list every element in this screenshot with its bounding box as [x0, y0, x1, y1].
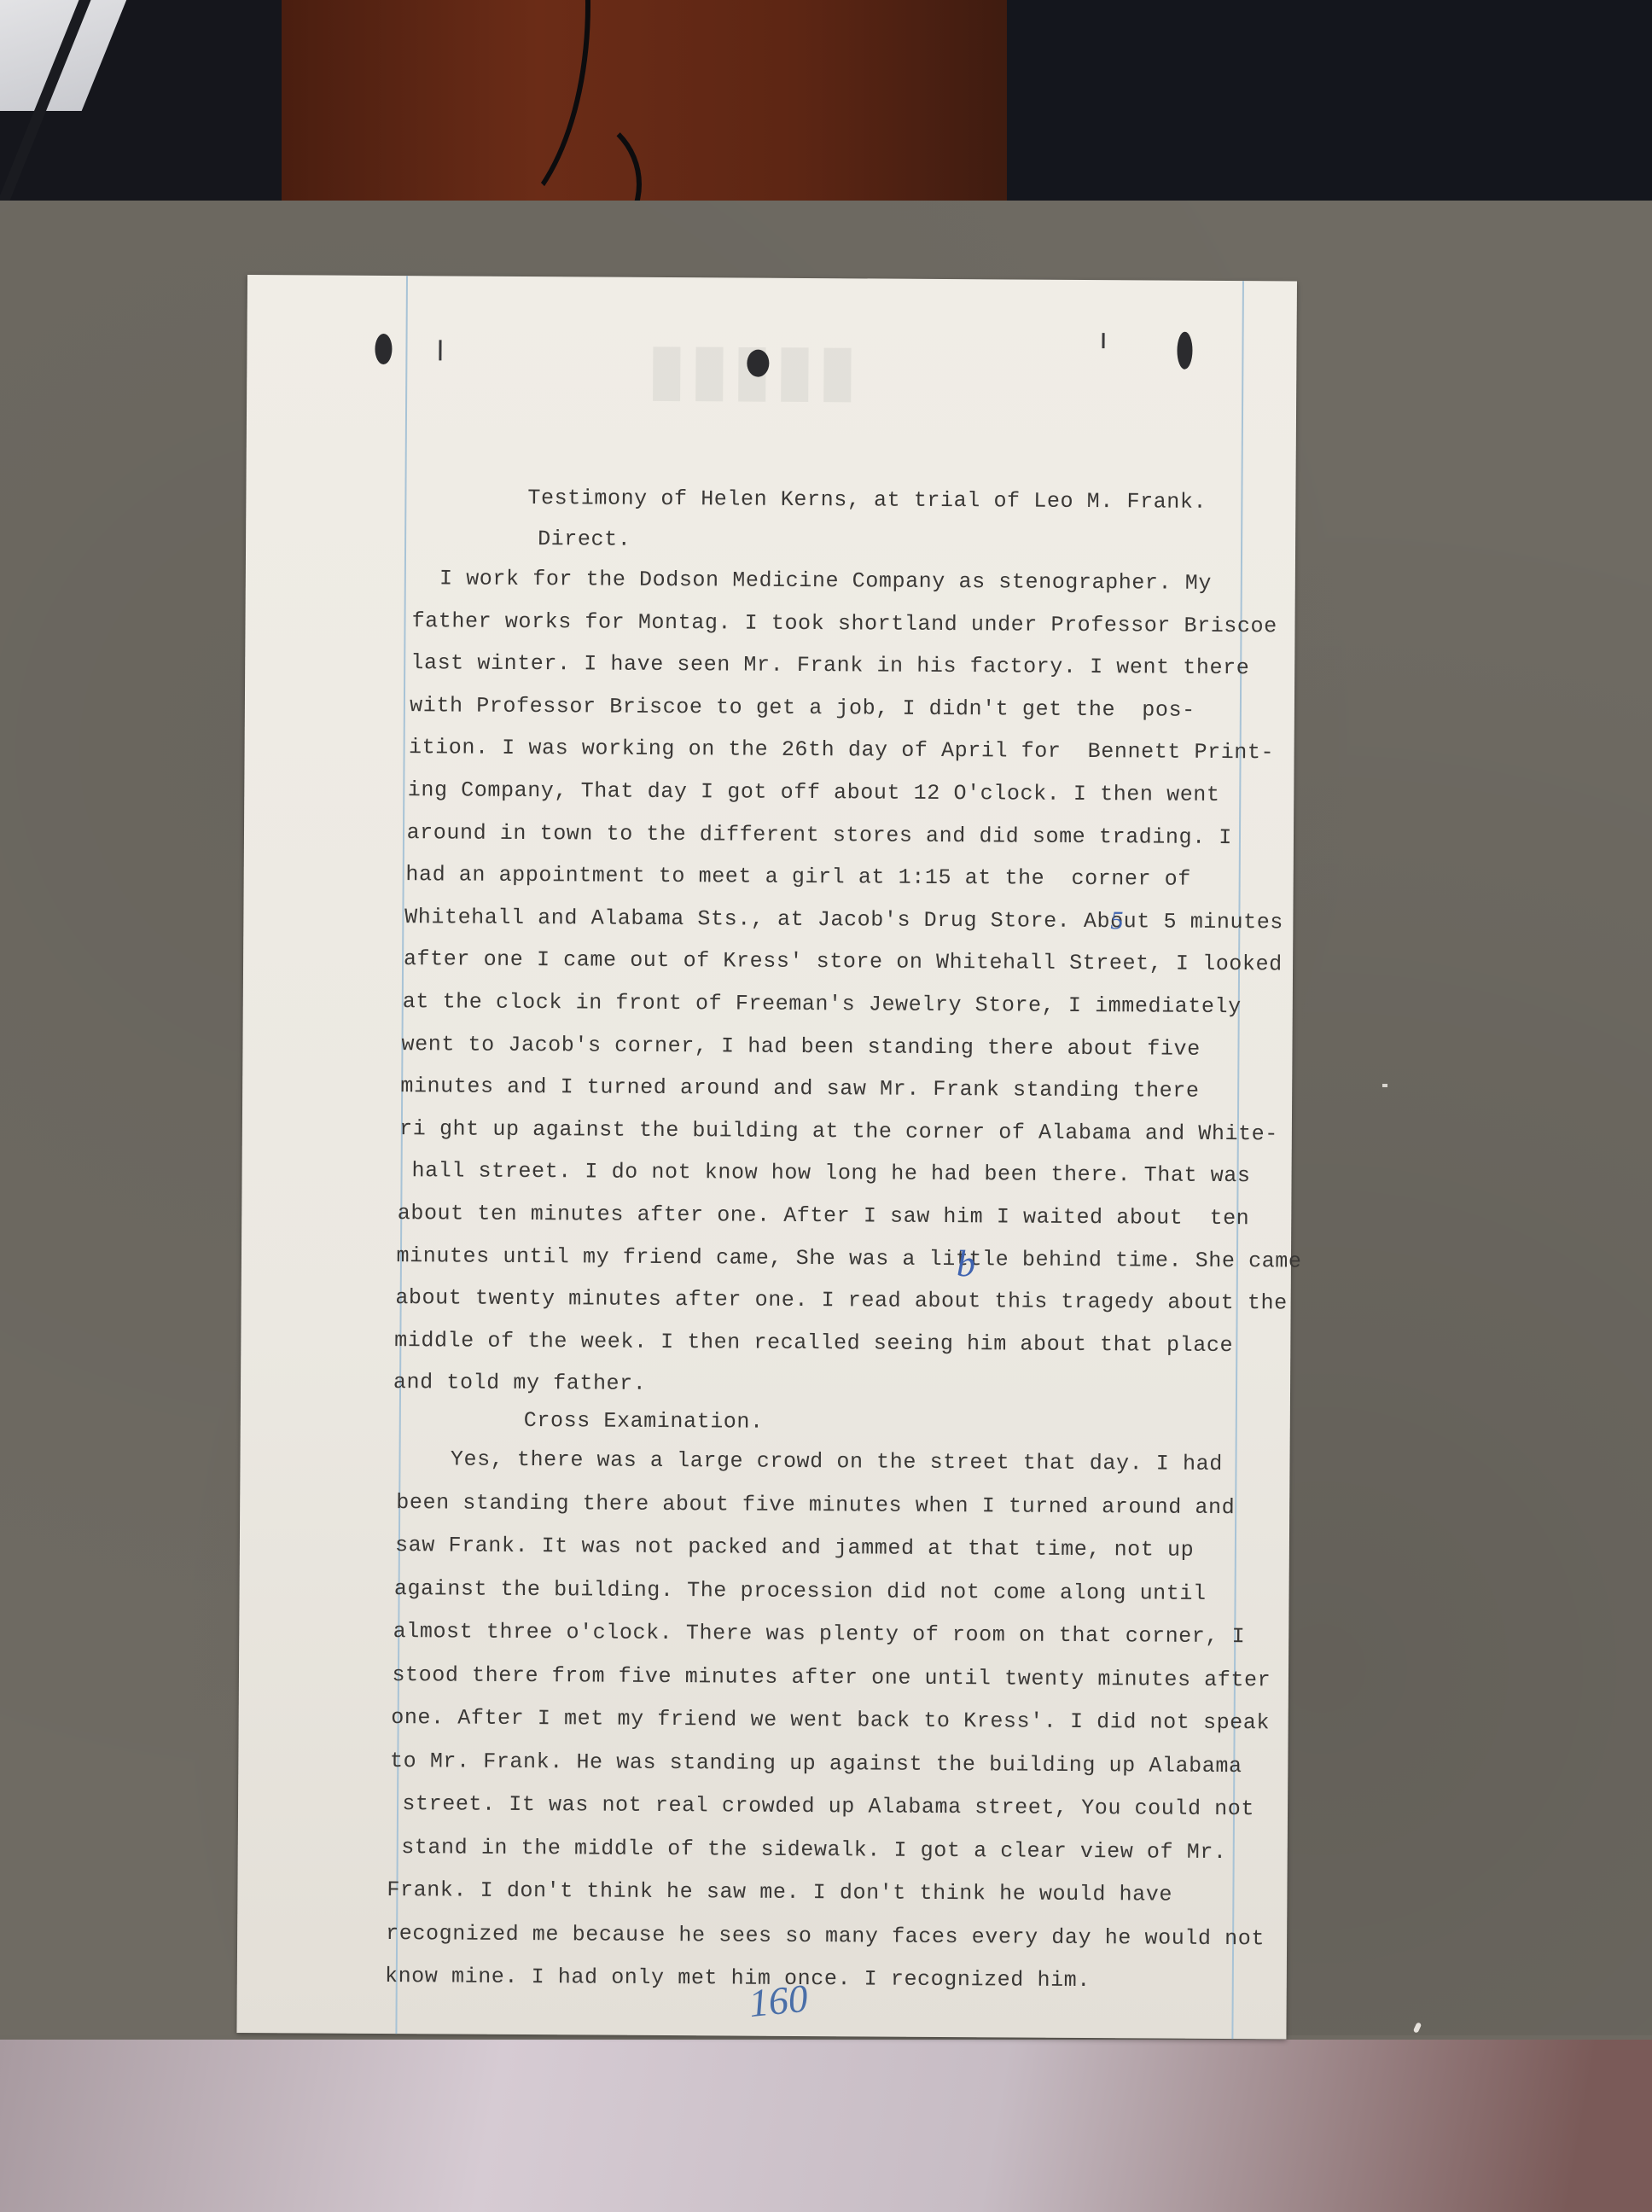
text-line: been standing there about five minutes w…: [396, 1490, 1235, 1520]
background-desk: [0, 0, 1652, 205]
section-heading-direct: Direct.: [538, 527, 631, 552]
dark-fabric: [1007, 0, 1652, 205]
text-line: with Professor Briscoe to get a job, I d…: [410, 693, 1195, 723]
text-line: Yes, there was a large crowd on the stre…: [397, 1447, 1223, 1476]
text-line: against the building. The procession did…: [394, 1576, 1207, 1606]
punch-hole: [1177, 332, 1192, 370]
text-line: minutes and I turned around and saw Mr. …: [400, 1074, 1199, 1103]
text-line: to Mr. Frank. He was standing up against…: [390, 1749, 1242, 1778]
text-line: street. It was not real crowded up Alaba…: [389, 1791, 1254, 1821]
handwritten-page-number: 160: [747, 1976, 810, 2027]
ink-mark: [1102, 333, 1104, 348]
text-line: recognized me because he sees so many fa…: [386, 1921, 1265, 1951]
text-line: had an appointment to meet a girl at 1:1…: [405, 862, 1191, 892]
text-line: Whitehall and Alabama Sts., at Jacob's D…: [404, 905, 1283, 934]
text-line: and told my father.: [393, 1370, 647, 1396]
text-line: Frank. I don't think he saw me. I don't …: [387, 1877, 1172, 1907]
text-line: I work for the Dodson Medicine Company a…: [413, 566, 1212, 596]
text-line: ition. I was working on the 26th day of …: [409, 736, 1274, 765]
punch-hole: [747, 350, 769, 377]
text-line: about twenty minutes after one. I read a…: [395, 1285, 1288, 1315]
text-line: around in town to the different stores a…: [407, 820, 1233, 850]
handwritten-correction: b: [957, 1242, 975, 1285]
text-line: last winter. I have seen Mr. Frank in hi…: [410, 650, 1249, 680]
text-line: saw Frank. It was not packed and jammed …: [395, 1533, 1194, 1563]
text-line: one. After I met my friend we went back …: [391, 1705, 1270, 1735]
table-surface: [0, 2040, 1652, 2212]
ink-mark: [439, 340, 441, 360]
handwritten-correction: 5: [1110, 906, 1123, 935]
punch-hole: [375, 334, 392, 364]
text-line: father works for Montag. I took shortlan…: [412, 608, 1277, 638]
text-line: after one I came out of Kress' store on …: [404, 947, 1283, 977]
text-line: ing Company, That day I got off about 12…: [408, 777, 1220, 807]
document-page: ▮▮▮▮▮ Testimony of Helen Kerns, at trial…: [236, 275, 1297, 2039]
debris-speck: [1382, 1084, 1387, 1087]
document-title: Testimony of Helen Kerns, at trial of Le…: [527, 486, 1207, 515]
text-line: went to Jacob's corner, I had been stand…: [402, 1032, 1201, 1062]
text-line: at the clock in front of Freeman's Jewel…: [403, 989, 1242, 1019]
text-line: stand in the middle of the sidewalk. I g…: [388, 1835, 1227, 1865]
text-line: almost three o'clock. There was plenty o…: [393, 1619, 1246, 1649]
text-line: stood there from five minutes after one …: [392, 1662, 1271, 1692]
text-line: hall street. I do not know how long he h…: [398, 1158, 1251, 1188]
text-line: about ten minutes after one. After I saw…: [398, 1201, 1250, 1231]
text-line: middle of the week. I then recalled seei…: [394, 1328, 1233, 1358]
text-line: know mine. I had only met him once. I re…: [385, 1964, 1091, 1993]
section-heading-cross: Cross Examination.: [524, 1408, 764, 1435]
text-line: ri ght up against the building at the co…: [399, 1116, 1278, 1146]
text-line: minutes until my friend came, She was a …: [396, 1243, 1301, 1273]
